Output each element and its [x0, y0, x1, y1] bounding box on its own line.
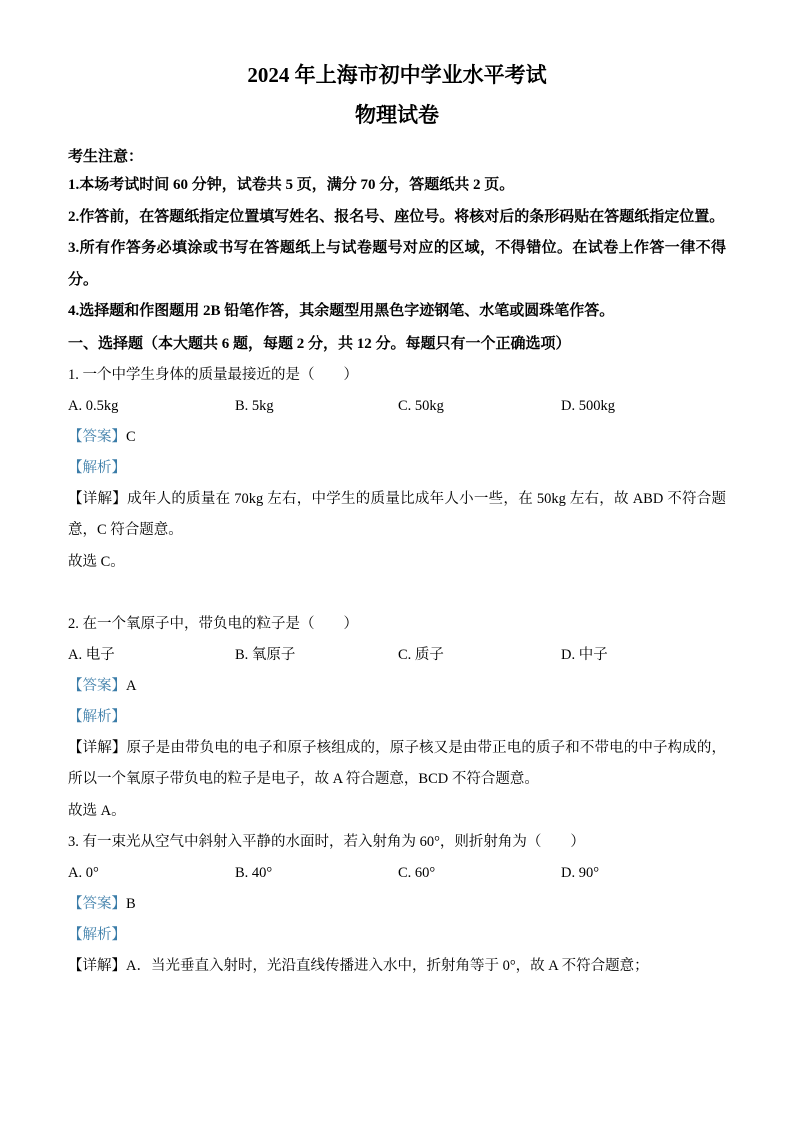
- analysis-label: 【解析】: [68, 927, 126, 943]
- option-d: D. 90°: [561, 858, 726, 889]
- detail-text: 成年人的质量在 70kg 左右，中学生的质量比成年人小一些，在 50kg 左右，…: [68, 491, 726, 539]
- detail-label: 【详解】: [68, 740, 127, 756]
- question-1: 1. 一个中学生身体的质量最接近的是（ ） A. 0.5kg B. 5kg C.…: [68, 360, 726, 578]
- question-3: 3. 有一束光从空气中斜射入平静的水面时，若入射角为 60°，则折射角为（ ） …: [68, 827, 726, 983]
- analysis-line: 【解析】: [68, 453, 726, 484]
- notice-item-3: 3.所有作答务必填涂或书写在答题纸上与试卷题号对应的区域，不得错位。在试卷上作答…: [68, 233, 726, 296]
- doc-subtitle: 物理试卷: [68, 100, 726, 130]
- doc-title: 2024 年上海市初中学业水平考试: [68, 60, 726, 90]
- answer-label: 【答案】: [68, 429, 126, 445]
- answer-line: 【答案】B: [68, 889, 726, 920]
- conclusion-line: 故选 A。: [68, 796, 726, 827]
- option-d: D. 中子: [561, 640, 726, 671]
- option-a: A. 0.5kg: [68, 391, 235, 422]
- notice-item-4: 4.选择题和作图题用 2B 铅笔作答，其余题型用黑色字迹钢笔、水笔或圆珠笔作答。: [68, 296, 726, 328]
- option-b: B. 40°: [235, 858, 398, 889]
- options-row: A. 0° B. 40° C. 60° D. 90°: [68, 858, 726, 889]
- notice-item-2: 2.作答前，在答题纸指定位置填写姓名、报名号、座位号。将核对后的条形码贴在答题纸…: [68, 202, 726, 234]
- option-c: C. 60°: [398, 858, 561, 889]
- question-stem: 2. 在一个氧原子中，带负电的粒子是（ ）: [68, 609, 726, 640]
- analysis-line: 【解析】: [68, 920, 726, 951]
- exam-paper-page: 2024 年上海市初中学业水平考试 物理试卷 考生注意： 1.本场考试时间 60…: [0, 0, 793, 1122]
- detail-text: 原子是由带负电的电子和原子核组成的，原子核又是由带正电的质子和不带电的中子构成的…: [68, 740, 726, 788]
- option-a: A. 0°: [68, 858, 235, 889]
- answer-label: 【答案】: [68, 678, 126, 694]
- detail-label: 【详解】: [68, 491, 127, 507]
- options-row: A. 电子 B. 氧原子 C. 质子 D. 中子: [68, 640, 726, 671]
- detail-paragraph: 【详解】原子是由带负电的电子和原子核组成的，原子核又是由带正电的质子和不带电的中…: [68, 733, 726, 796]
- detail-label: 【详解】: [68, 958, 126, 974]
- options-row: A. 0.5kg B. 5kg C. 50kg D. 500kg: [68, 391, 726, 422]
- detail-text: A．当光垂直入射时，光沿直线传播进入水中，折射角等于 0°，故 A 不符合题意；: [126, 958, 649, 974]
- answer-value: A: [126, 678, 136, 694]
- option-d: D. 500kg: [561, 391, 726, 422]
- detail-paragraph: 【详解】成年人的质量在 70kg 左右，中学生的质量比成年人小一些，在 50kg…: [68, 484, 726, 547]
- answer-value: C: [126, 429, 136, 445]
- option-b: B. 5kg: [235, 391, 398, 422]
- answer-label: 【答案】: [68, 896, 126, 912]
- notice-item-1: 1.本场考试时间 60 分钟，试卷共 5 页，满分 70 分，答题纸共 2 页。: [68, 170, 726, 202]
- option-c: C. 质子: [398, 640, 561, 671]
- option-b: B. 氧原子: [235, 640, 398, 671]
- analysis-line: 【解析】: [68, 702, 726, 733]
- section-heading: 一、选择题（本大题共 6 题，每题 2 分，共 12 分。每题只有一个正确选项）: [68, 328, 726, 360]
- conclusion-line: 故选 C。: [68, 547, 726, 578]
- option-a: A. 电子: [68, 640, 235, 671]
- question-stem: 1. 一个中学生身体的质量最接近的是（ ）: [68, 360, 726, 391]
- detail-paragraph: 【详解】A．当光垂直入射时，光沿直线传播进入水中，折射角等于 0°，故 A 不符…: [68, 951, 726, 983]
- answer-line: 【答案】A: [68, 671, 726, 702]
- analysis-label: 【解析】: [68, 460, 126, 476]
- option-c: C. 50kg: [398, 391, 561, 422]
- notice-heading: 考生注意：: [68, 144, 726, 170]
- answer-line: 【答案】C: [68, 422, 726, 453]
- question-stem: 3. 有一束光从空气中斜射入平静的水面时，若入射角为 60°，则折射角为（ ）: [68, 827, 726, 858]
- answer-value: B: [126, 896, 136, 912]
- analysis-label: 【解析】: [68, 709, 126, 725]
- question-2: 2. 在一个氧原子中，带负电的粒子是（ ） A. 电子 B. 氧原子 C. 质子…: [68, 609, 726, 827]
